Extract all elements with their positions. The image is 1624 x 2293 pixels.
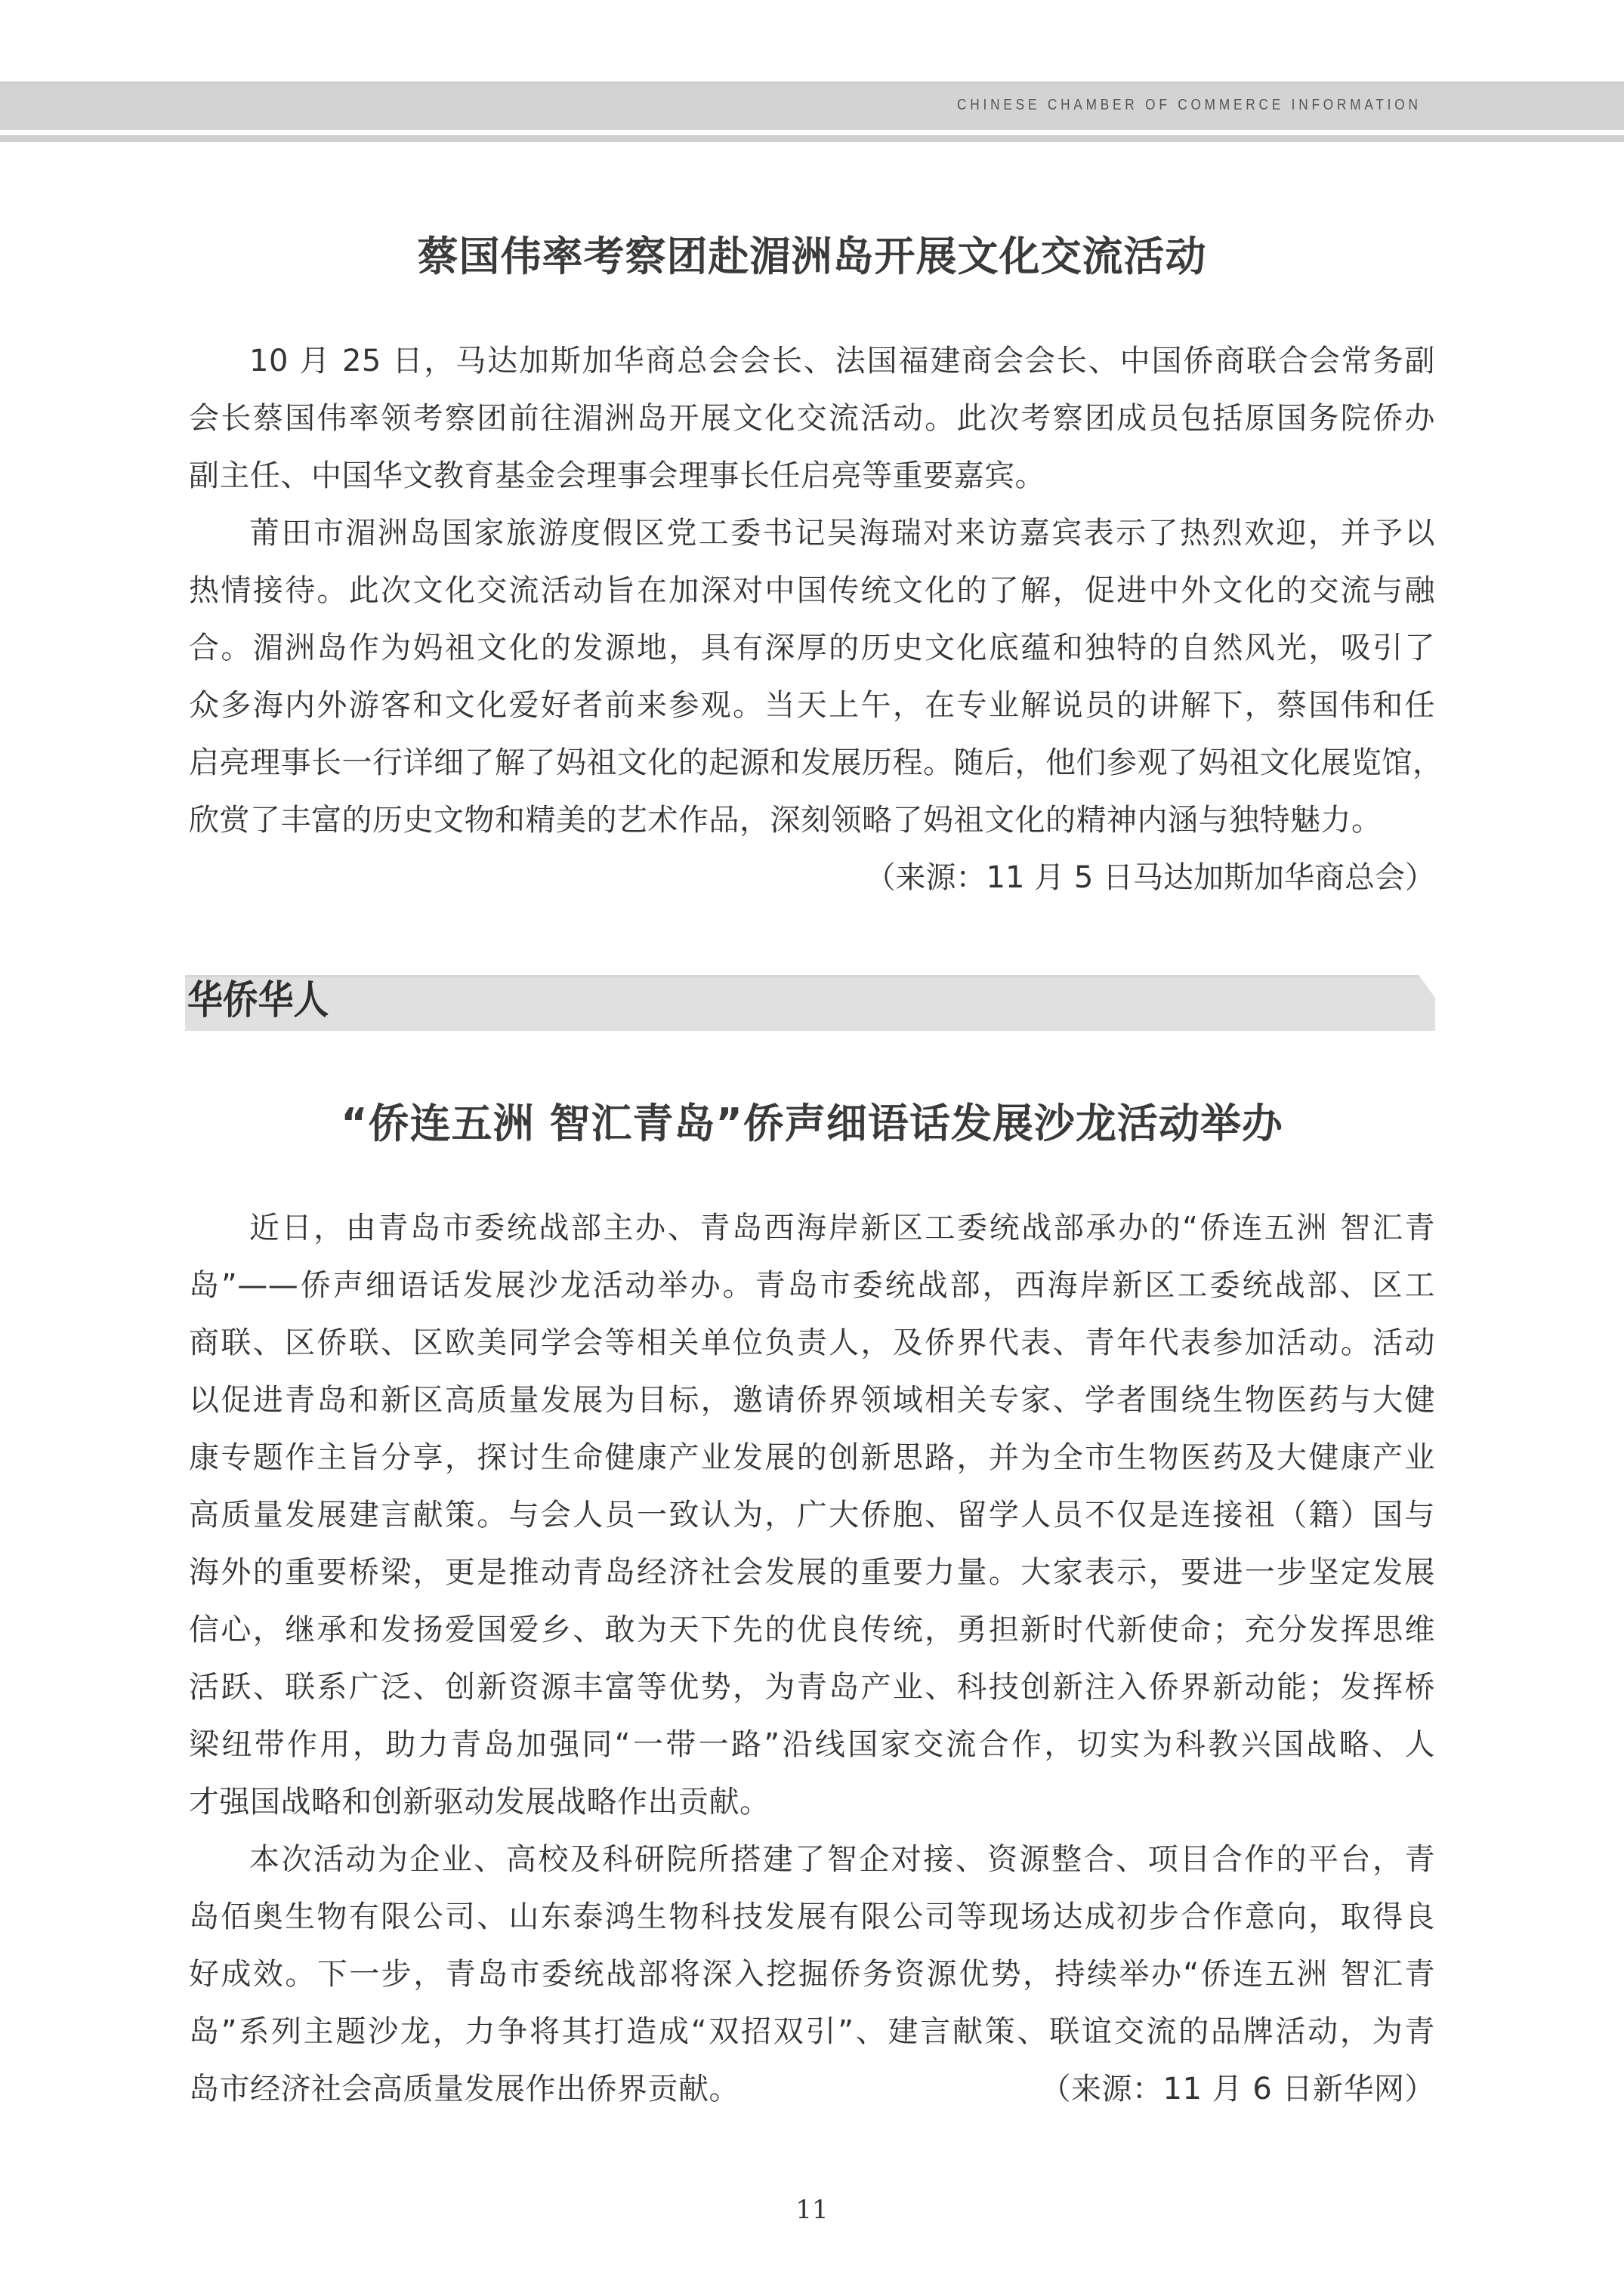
text-line: 副主任、中国华文教育基金会理事会理事长任启亮等重要嘉宾。	[189, 447, 1435, 505]
article-2: “侨连五洲 智汇青岛”侨声细语话发展沙龙活动举办 近日，由青岛市委统战部主办、青…	[189, 1094, 1435, 2118]
text-line: 合。湄洲岛作为妈祖文化的发源地，具有深厚的历史文化底蕴和独特的自然风光，吸引了	[189, 619, 1435, 677]
text-line: 海外的重要桥梁，更是推动青岛经济社会发展的重要力量。大家表示，要进一步坚定发展	[189, 1544, 1435, 1601]
last-line-with-source: 岛市经济社会高质量发展作出侨界贡献。 （来源：11 月 6 日新华网）	[189, 2060, 1435, 2118]
article-2-paragraph-2: 本次活动为企业、高校及科研院所搭建了智企对接、资源整合、项目合作的平台，青 岛佰…	[189, 1831, 1435, 2118]
text-line: 岛市经济社会高质量发展作出侨界贡献。	[189, 2060, 739, 2118]
text-line: 梁纽带作用，助力青岛加强同“一带一路”沿线国家交流合作，切实为科教兴国战略、人	[189, 1716, 1435, 1773]
article-1-paragraph-2: 莆田市湄洲岛国家旅游度假区党工委书记吴海瑞对来访嘉宾表示了热烈欢迎，并予以 热情…	[189, 505, 1435, 849]
article-1: 蔡国伟率考察团赴湄洲岛开展文化交流活动 10 月 25 日，马达加斯加华商总会会…	[189, 227, 1435, 906]
text-line: 好成效。下一步，青岛市委统战部将深入挖掘侨务资源优势，持续举办“侨连五洲 智汇青	[189, 1946, 1435, 2003]
section-header-band	[185, 975, 1435, 1031]
text-line: 近日，由青岛市委统战部主办、青岛西海岸新区工委统战部承办的“侨连五洲 智汇青	[189, 1199, 1435, 1257]
text-line: 会长蔡国伟率领考察团前往湄洲岛开展文化交流活动。此次考察团成员包括原国务院侨办	[189, 390, 1435, 447]
text-line: 众多海内外游客和文化爱好者前来参观。当天上午，在专业解说员的讲解下，蔡国伟和任	[189, 677, 1435, 734]
text-line: 10 月 25 日，马达加斯加华商总会会长、法国福建商会会长、中国侨商联合会常务…	[189, 332, 1435, 390]
running-header-rule	[0, 135, 1624, 142]
text-line: 本次活动为企业、高校及科研院所搭建了智企对接、资源整合、项目合作的平台，青	[189, 1831, 1435, 1888]
page-number: 11	[0, 2195, 1624, 2225]
article-1-source: （来源：11 月 5 日马达加斯加华商总会）	[189, 849, 1435, 906]
text-line: 康专题作主旨分享，探讨生命健康产业发展的创新思路，并为全市生物医药及大健康产业	[189, 1429, 1435, 1486]
article-2-source: （来源：11 月 6 日新华网）	[1041, 2060, 1436, 2118]
text-line: 欣赏了丰富的历史文物和精美的艺术作品，深刻领略了妈祖文化的精神内涵与独特魅力。	[189, 792, 1435, 849]
section-title: 华侨华人	[187, 973, 329, 1029]
text-line: 信心，继承和发扬爱国爱乡、敢为天下先的优良传统，勇担新时代新使命；充分发挥思维	[189, 1601, 1435, 1659]
text-line: 岛佰奥生物有限公司、山东泰鸿生物科技发展有限公司等现场达成初步合作意向，取得良	[189, 1888, 1435, 1946]
article-2-paragraph-1: 近日，由青岛市委统战部主办、青岛西海岸新区工委统战部承办的“侨连五洲 智汇青 岛…	[189, 1199, 1435, 1831]
article-1-title: 蔡国伟率考察团赴湄洲岛开展文化交流活动	[189, 227, 1435, 287]
text-line: 启亮理事长一行详细了解了妈祖文化的起源和发展历程。随后，他们参观了妈祖文化展览馆…	[189, 734, 1435, 792]
article-2-title: “侨连五洲 智汇青岛”侨声细语话发展沙龙活动举办	[189, 1094, 1435, 1154]
text-line: 高质量发展建言献策。与会人员一致认为，广大侨胞、留学人员不仅是连接祖（籍）国与	[189, 1486, 1435, 1544]
text-line: 以促进青岛和新区高质量发展为目标，邀请侨界领域相关专家、学者围绕生物医药与大健	[189, 1372, 1435, 1429]
text-line: 岛”系列主题沙龙，力争将其打造成“双招双引”、建言献策、联谊交流的品牌活动，为青	[189, 2003, 1435, 2060]
article-1-paragraph-1: 10 月 25 日，马达加斯加华商总会会长、法国福建商会会长、中国侨商联合会常务…	[189, 332, 1435, 505]
text-line: 活跃、联系广泛、创新资源丰富等优势，为青岛产业、科技创新注入侨界新动能；发挥桥	[189, 1659, 1435, 1716]
text-line: 热情接待。此次文化交流活动旨在加深对中国传统文化的了解，促进中外文化的交流与融	[189, 562, 1435, 619]
publication-name: CHINESE CHAMBER OF COMMERCE INFORMATION	[957, 97, 1422, 114]
text-line: 才强国战略和创新驱动发展战略作出贡献。	[189, 1773, 1435, 1831]
text-line: 岛”——侨声细语话发展沙龙活动举办。青岛市委统战部，西海岸新区工委统战部、区工	[189, 1257, 1435, 1314]
text-line: 莆田市湄洲岛国家旅游度假区党工委书记吴海瑞对来访嘉宾表示了热烈欢迎，并予以	[189, 505, 1435, 562]
text-line: 商联、区侨联、区欧美同学会等相关单位负责人，及侨界代表、青年代表参加活动。活动	[189, 1314, 1435, 1372]
